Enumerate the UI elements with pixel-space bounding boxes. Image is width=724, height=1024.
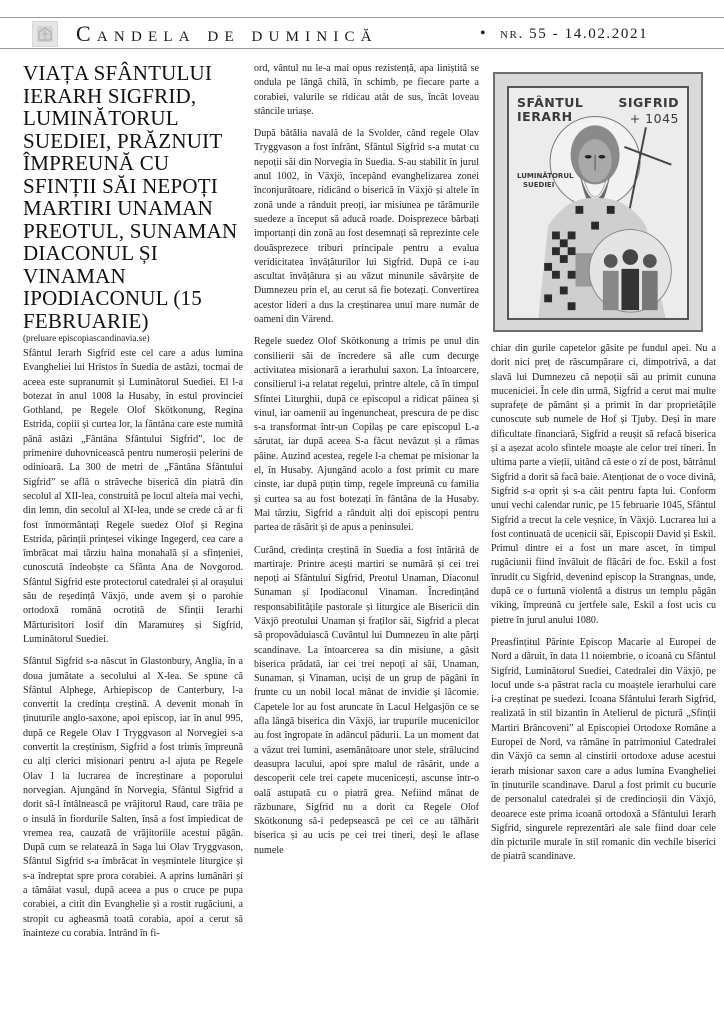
paragraph: Sfântul Sigfrid s-a născut în Glastonbur… [23,655,243,941]
icon-label-luminatorul: LUMINĂTORUL [517,172,573,180]
paragraph: Preasfințitul Părinte Episcop Macarie al… [491,636,716,865]
crest-svg [35,24,55,44]
saint-sigfrid-icon-image: SFÂNTUL IERARH SIGFRID + 1045 LUMINĂTORU… [493,72,703,332]
icon-label-sigfrid: SIGFRID [618,96,679,110]
icon-label-sfantul: SFÂNTUL [517,96,583,110]
icon-label-year: + 1045 [630,112,679,126]
cathedral-crest-icon [32,21,58,47]
column-2: ord, vântul nu le-a mai opus rezistență,… [254,62,479,858]
publication-title: Candela de duminică [76,21,378,47]
icon-painting: SFÂNTUL IERARH SIGFRID + 1045 LUMINĂTORU… [507,86,689,320]
paragraph: chiar din gurile capetelor găsite pe fun… [491,342,716,628]
paragraph: Sfântul Ierarh Sigfrid este cel care a a… [23,347,243,647]
paragraph: Regele suedez Olof Skötkonung a trimis p… [254,335,479,535]
article-source: (preluare episcopiascandinavia.se) [23,332,243,344]
column-3: chiar din gurile capetelor găsite pe fun… [491,342,716,865]
icon-label-ierarh: IERARH [517,110,573,124]
article-title: VIAȚA SFÂNTULUI IERARH SIGFRID, LUMINĂTO… [23,62,243,332]
paragraph: Curând, credința creștină în Suedia a fo… [254,544,479,859]
icon-label-suediei: SUEDIEI [523,181,554,189]
paragraph: ord, vântul nu le-a mai opus rezistență,… [254,62,479,119]
paragraph: După bătălia navală de la Svolder, când … [254,127,479,327]
issue-number-date: nr. 55 - 14.02.2021 [500,24,648,44]
separator-bullet: • [480,24,486,44]
column-1: VIAȚA SFÂNTULUI IERARH SIGFRID, LUMINĂTO… [23,62,243,941]
masthead: Candela de duminică • nr. 55 - 14.02.202… [0,17,724,49]
